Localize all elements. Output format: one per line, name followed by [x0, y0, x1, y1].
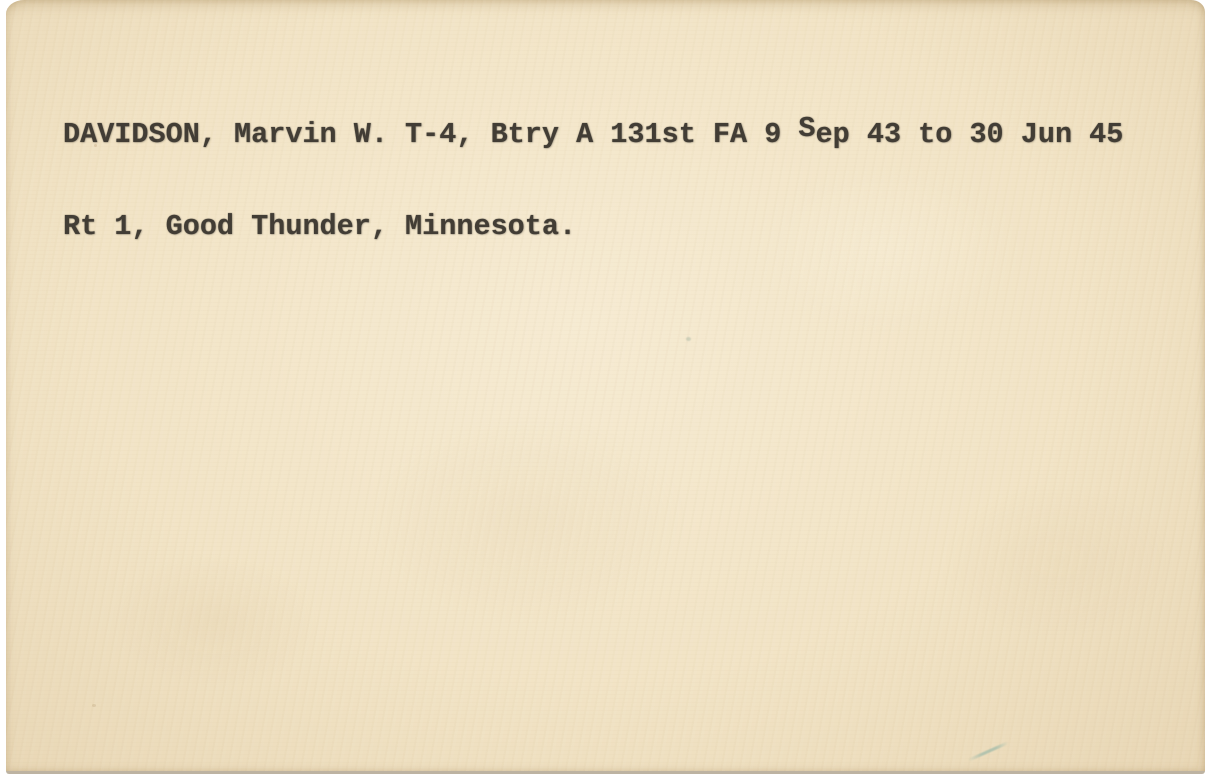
typed-line-1: DAVIDSON, Marvin W. T-4, Btry A 131st FA… [63, 120, 1123, 151]
index-card: DAVIDSON, Marvin W. T-4, Btry A 131st FA… [6, 0, 1205, 774]
typed-line-2: Rt 1, Good Thunder, Minnesota. [63, 212, 1123, 243]
line1-pre: DAVIDSON, Marvin W. T-4, Btry A 131st FA… [63, 118, 798, 151]
paper-speck [686, 337, 691, 341]
line1-post: ep 43 to 30 Jun 45 [816, 118, 1124, 151]
line1-raised-letter: S [798, 112, 815, 145]
pencil-mark [965, 736, 1011, 767]
paper-speck [92, 704, 96, 707]
typed-text-block: DAVIDSON, Marvin W. T-4, Btry A 131st FA… [63, 59, 1123, 303]
